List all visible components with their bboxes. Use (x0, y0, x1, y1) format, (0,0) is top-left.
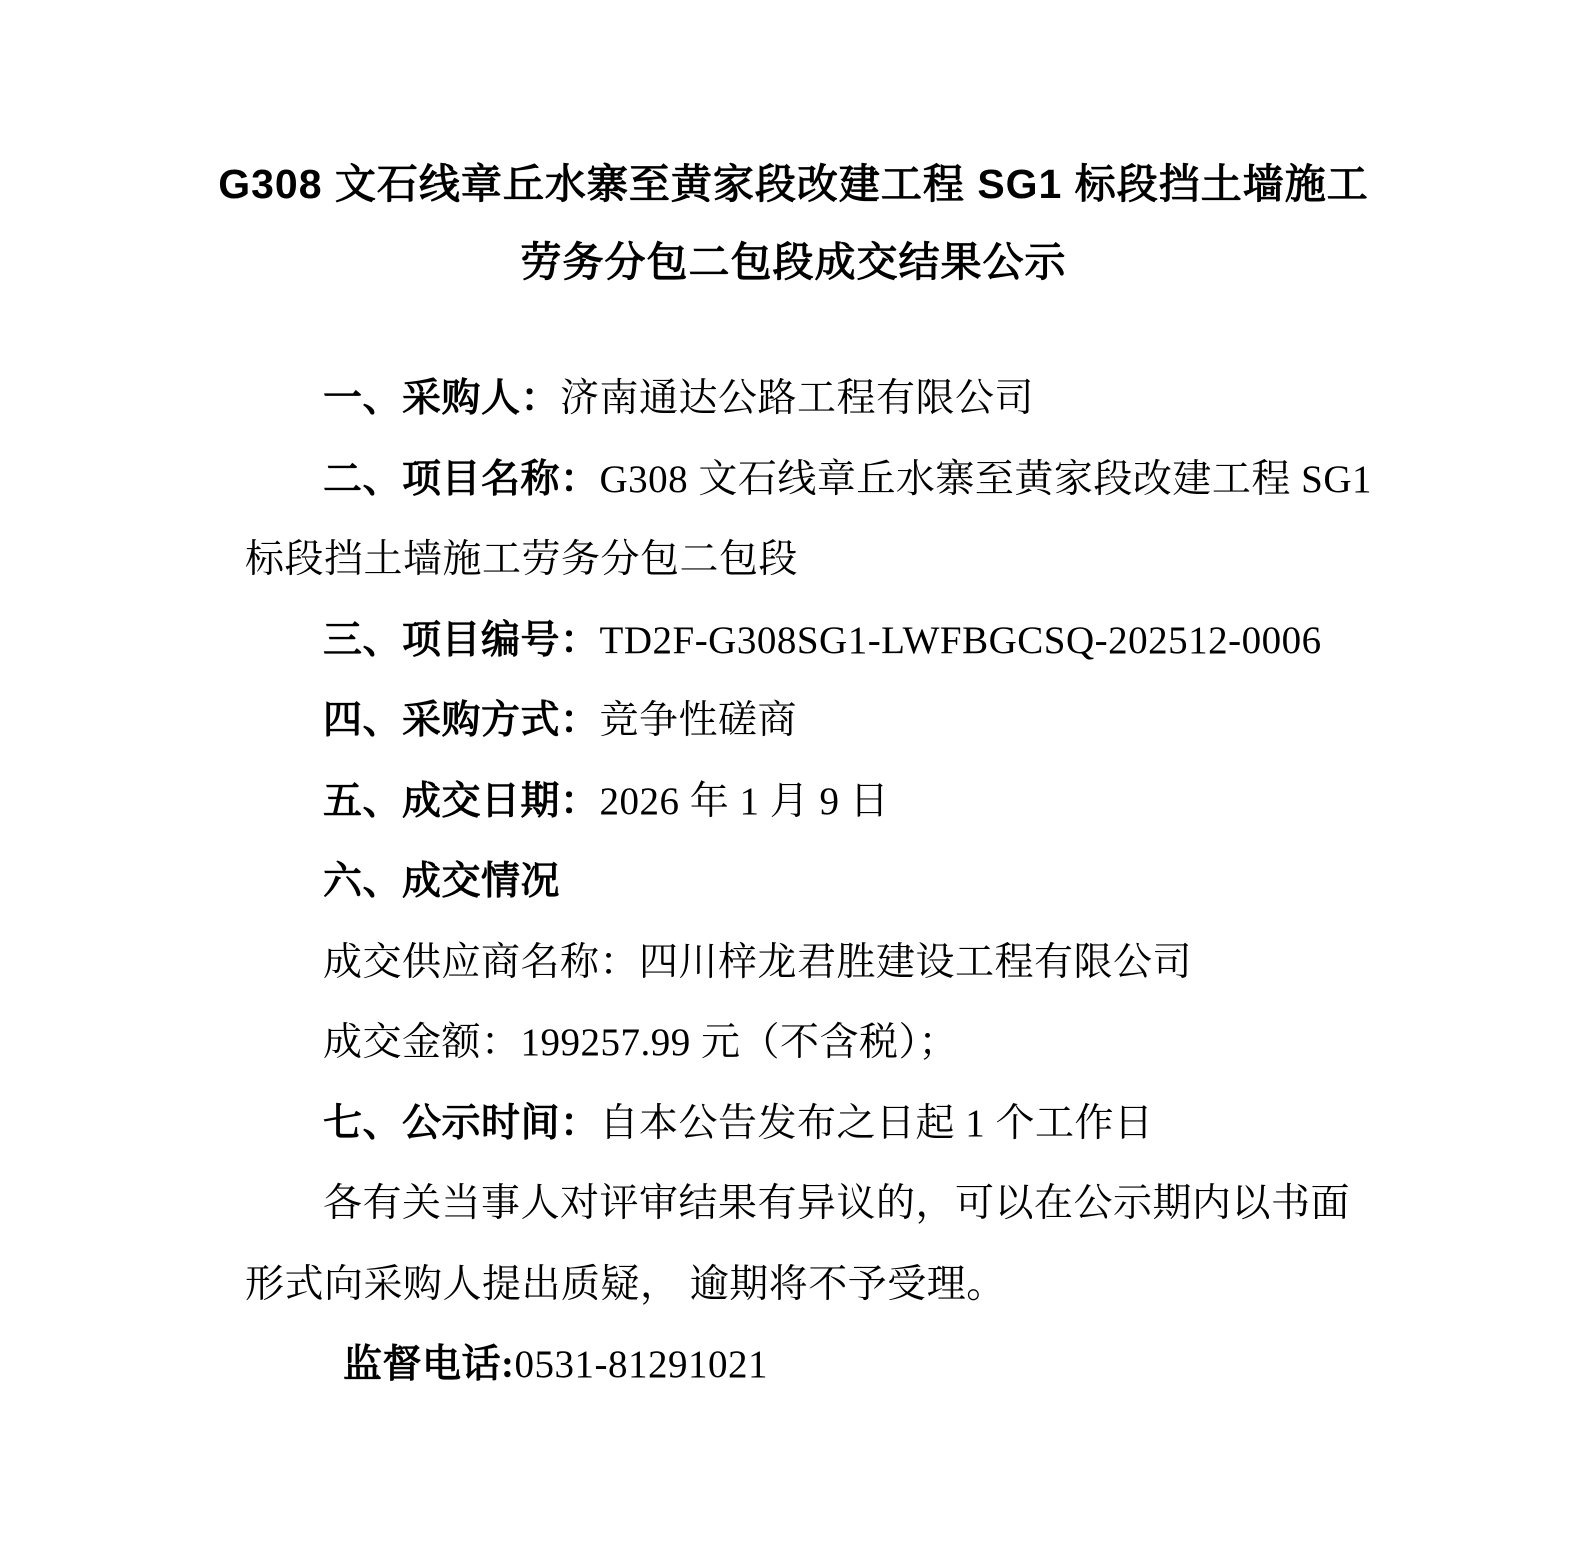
line-purchaser: 一、采购人：济南通达公路工程有限公司 (245, 359, 1467, 440)
supervision-phone-label: 监督电话: (343, 1343, 515, 1386)
line-objection-notice-2: 形式向采购人提出质疑， 逾期将不予受理。 (245, 1245, 1467, 1326)
line-award-date: 五、成交日期：2026 年 1 月 9 日 (245, 762, 1467, 843)
purchaser-label: 一、采购人： (323, 377, 560, 420)
project-name-label: 二、项目名称： (323, 458, 600, 501)
award-amount-value: 成交金额：199257.99 元（不含税）； (323, 1021, 958, 1064)
award-date-label: 五、成交日期： (323, 780, 600, 823)
supervision-phone-value: 0531-81291021 (515, 1343, 769, 1386)
document-title-line1: G308 文石线章丘水寨至黄家段改建工程 SG1 标段挡土墙施工 (120, 145, 1467, 223)
project-number-value: TD2F-G308SG1-LWFBGCSQ-202512-0006 (600, 619, 1322, 662)
award-result-heading-label: 六、成交情况 (323, 860, 560, 903)
line-supervision-phone: 监督电话:0531-81291021 (245, 1325, 1467, 1406)
document-title-line2: 劳务分包二包段成交结果公示 (120, 223, 1467, 301)
line-publicity-period: 七、公示时间：自本公告发布之日起 1 个工作日 (245, 1084, 1467, 1165)
line-project-number: 三、项目编号：TD2F-G308SG1-LWFBGCSQ-202512-0006 (245, 601, 1467, 682)
line-award-amount: 成交金额：199257.99 元（不含税）； (245, 1003, 1467, 1084)
line-objection-notice-1: 各有关当事人对评审结果有异议的，可以在公示期内以书面 (245, 1164, 1467, 1245)
document-title: G308 文石线章丘水寨至黄家段改建工程 SG1 标段挡土墙施工 劳务分包二包段… (120, 145, 1467, 301)
document-page: G308 文石线章丘水寨至黄家段改建工程 SG1 标段挡土墙施工 劳务分包二包段… (0, 0, 1587, 1542)
line-project-name-continued: 标段挡土墙施工劳务分包二包段 (245, 520, 1467, 601)
procurement-method-label: 四、采购方式： (323, 699, 600, 742)
supplier-name-value: 成交供应商名称：四川梓龙君胜建设工程有限公司 (323, 941, 1192, 984)
objection-notice-text-2: 形式向采购人提出质疑， 逾期将不予受理。 (245, 1263, 1006, 1306)
publicity-period-label: 七、公示时间： (323, 1102, 600, 1145)
project-name-value: G308 文石线章丘水寨至黄家段改建工程 SG1 (600, 458, 1373, 501)
line-supplier-name: 成交供应商名称：四川梓龙君胜建设工程有限公司 (245, 923, 1467, 1004)
procurement-method-value: 竞争性磋商 (600, 699, 798, 742)
project-name-value-continued: 标段挡土墙施工劳务分包二包段 (245, 538, 798, 581)
award-date-value: 2026 年 1 月 9 日 (600, 780, 890, 823)
publicity-period-value: 自本公告发布之日起 1 个工作日 (600, 1102, 1154, 1145)
objection-notice-text-1: 各有关当事人对评审结果有异议的，可以在公示期内以书面 (323, 1182, 1350, 1225)
purchaser-value: 济南通达公路工程有限公司 (560, 377, 1034, 420)
document-body: 一、采购人：济南通达公路工程有限公司 二、项目名称：G308 文石线章丘水寨至黄… (245, 359, 1467, 1406)
line-project-name: 二、项目名称：G308 文石线章丘水寨至黄家段改建工程 SG1 (245, 440, 1467, 521)
line-procurement-method: 四、采购方式：竞争性磋商 (245, 681, 1467, 762)
line-award-result-heading: 六、成交情况 (245, 842, 1467, 923)
project-number-label: 三、项目编号： (323, 619, 600, 662)
